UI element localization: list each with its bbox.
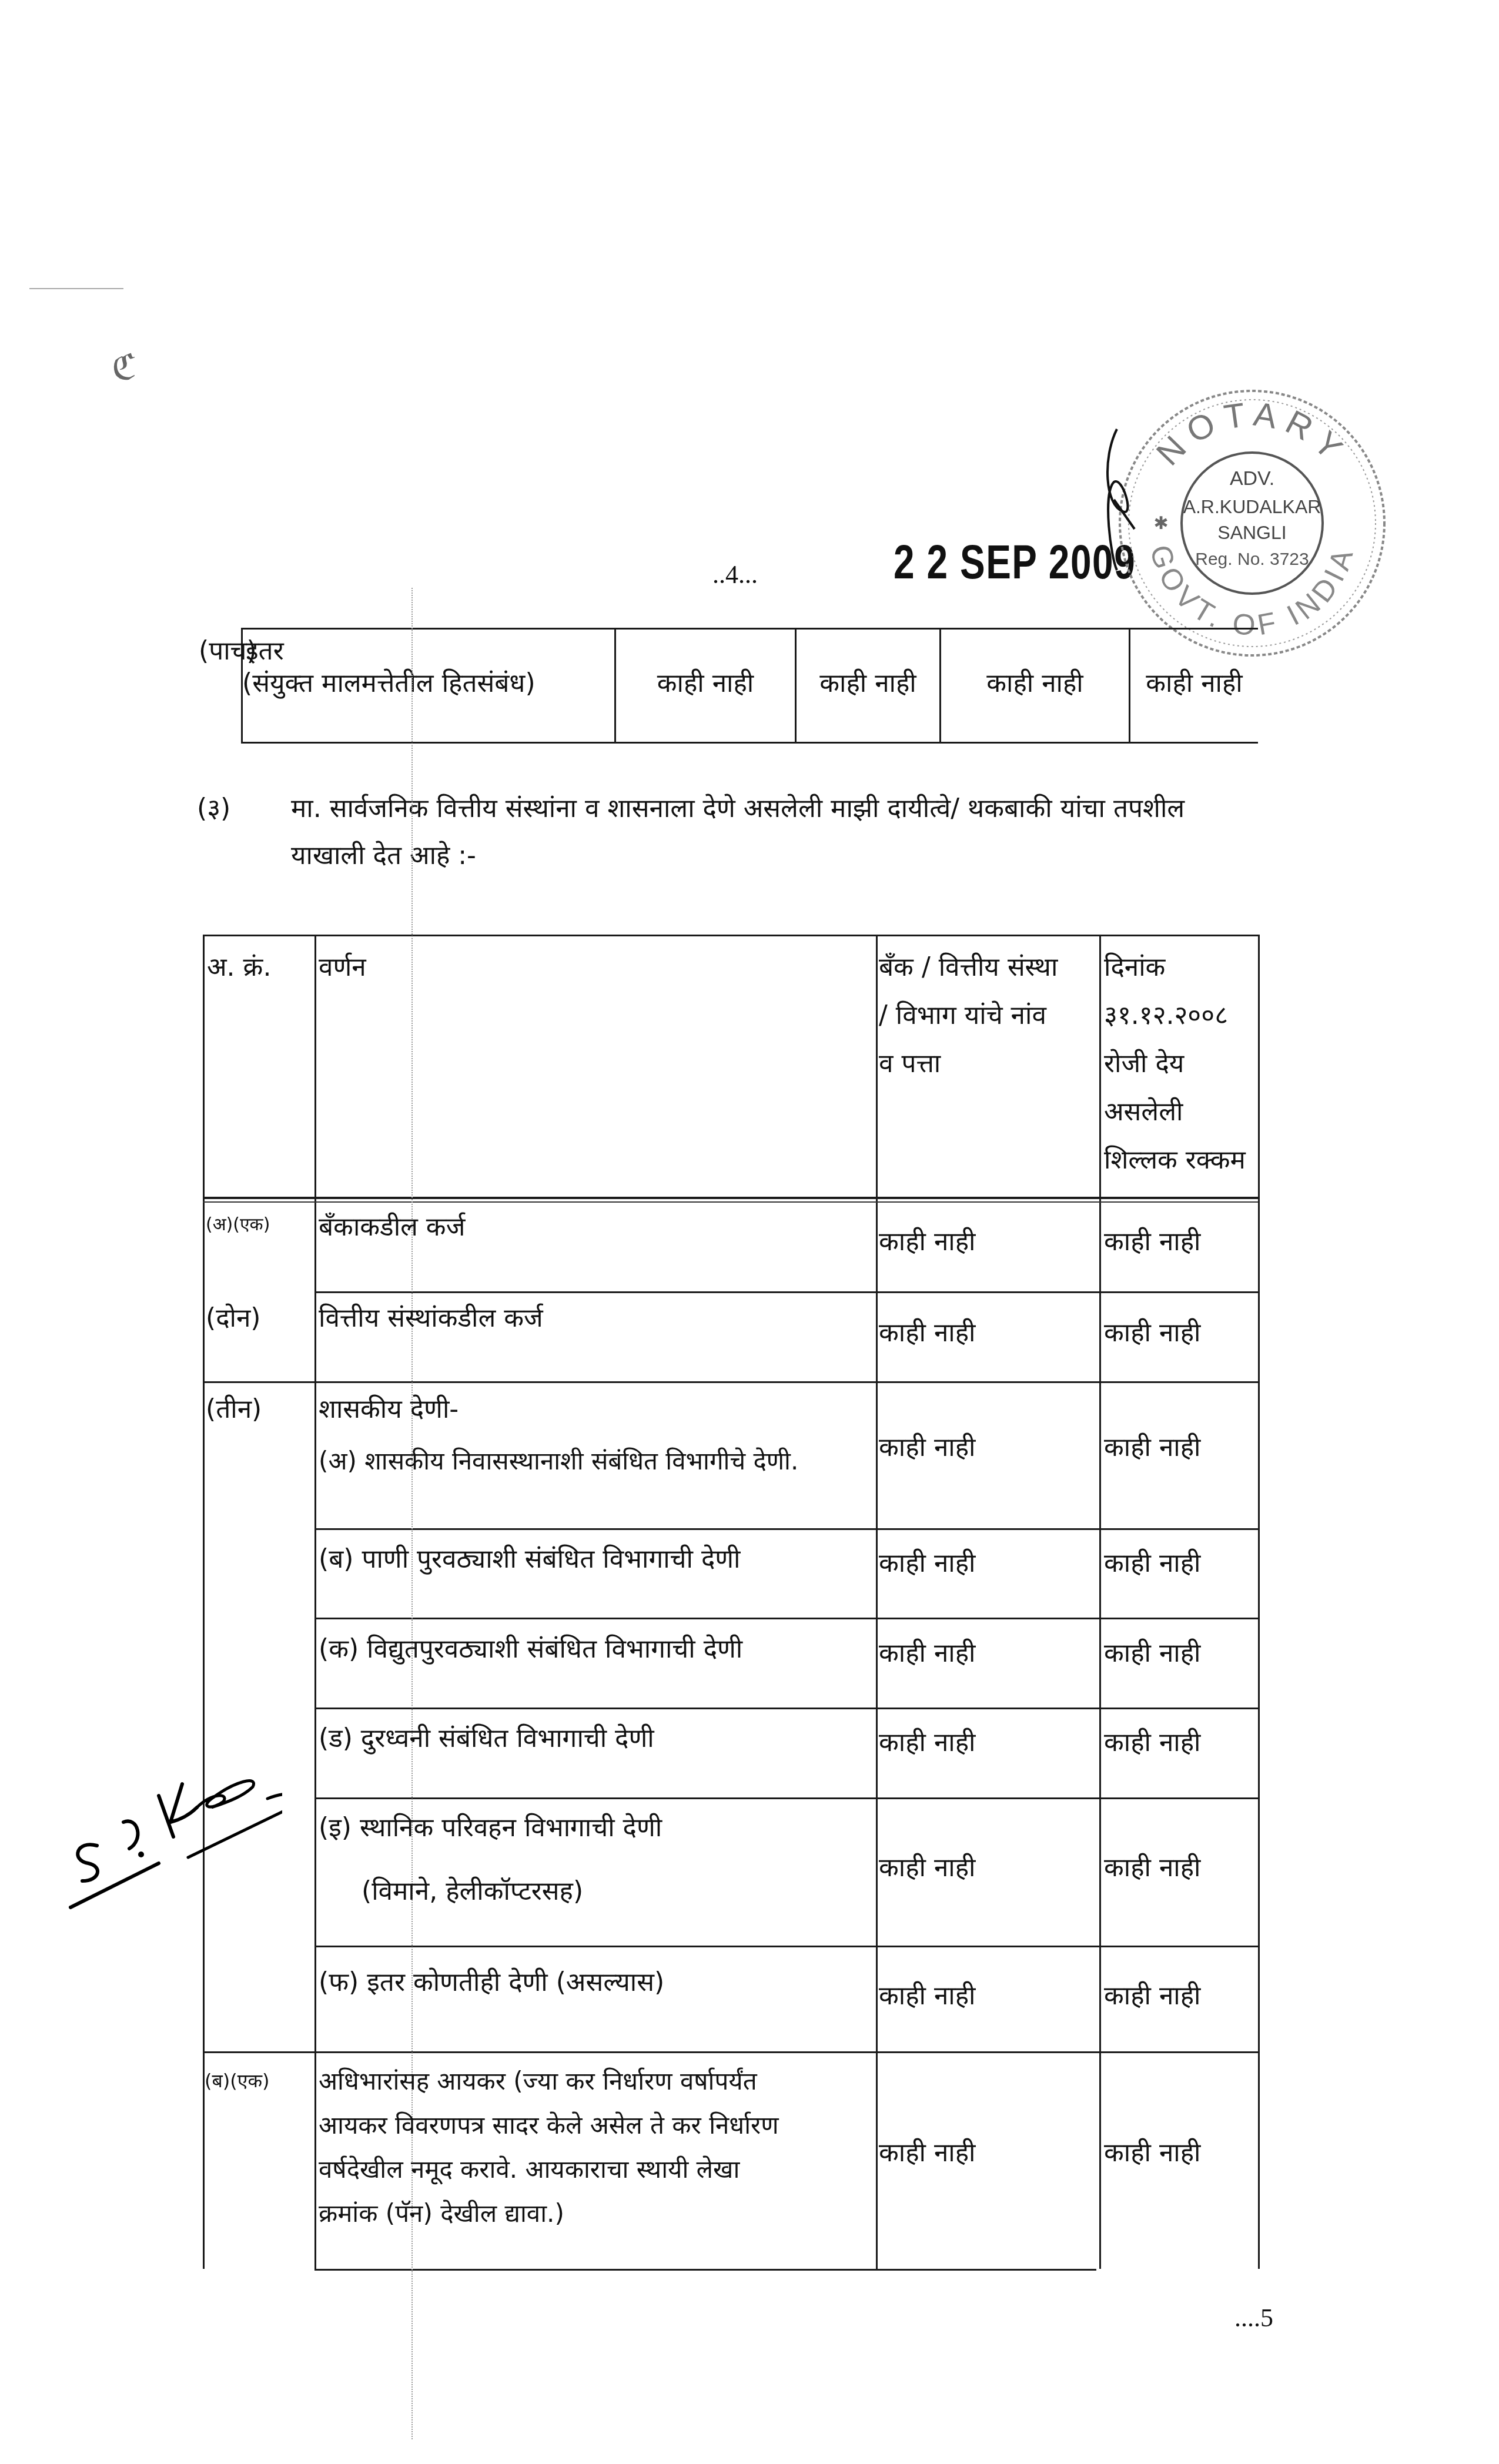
stamp-line3: SANGLI xyxy=(1217,522,1286,543)
row-institution: काही नाही xyxy=(879,1852,976,1884)
row-description: शासकीय देणी- xyxy=(319,1393,459,1425)
row-serial: (तीन) xyxy=(206,1393,262,1425)
header-institution-line2: / विभाग यांचे नांव xyxy=(879,999,1046,1032)
row-description: (क) विद्युतपुरवठ्याशी संबंधित विभागाची द… xyxy=(319,1633,742,1665)
scan-artifact-mark: ℭ xyxy=(112,347,136,388)
header-amount-line1: दिनांक xyxy=(1104,951,1165,983)
svg-text:NOTARY: NOTARY xyxy=(1149,395,1356,473)
header-serial: अ. क्रं. xyxy=(207,951,271,983)
header-description: वर्णन xyxy=(319,951,366,983)
section-intro-line2: याखाली देत आहे :- xyxy=(291,839,476,872)
row-institution: काही नाही xyxy=(879,1980,976,2012)
signature: S.P.Kee xyxy=(35,1752,282,1928)
header-institution-line3: व पत्ता xyxy=(879,1047,941,1080)
top-row-description-line1: इतर xyxy=(246,635,284,667)
section-number: (३) xyxy=(197,792,230,825)
notary-initials-icon xyxy=(1099,423,1140,576)
row-description-sub: (विमाने, हेलीकॉप्टरसह) xyxy=(362,1875,583,1907)
scan-artifact-line xyxy=(29,288,123,289)
row-institution: काही नाही xyxy=(879,1317,976,1349)
row-description: (फ) इतर कोणतीही देणी (असल्यास) xyxy=(319,1966,664,1998)
top-row-value: काही नाही xyxy=(616,667,795,699)
row-amount: काही नाही xyxy=(1104,1431,1201,1464)
header-amount-line3: रोजी देय xyxy=(1104,1047,1184,1080)
row-amount: काही नाही xyxy=(1104,1726,1201,1759)
row-description-sub: (अ) शासकीय निवासस्थानाशी संबंधित विभागीच… xyxy=(319,1446,798,1477)
row-description: क्रमांक (पॅन) देखील द्यावा.) xyxy=(319,2198,564,2229)
top-row-description-line2: (संयुक्त मालमत्तेतील हितसंबंध) xyxy=(242,667,536,699)
row-amount: काही नाही xyxy=(1104,2137,1201,2169)
row-amount: काही नाही xyxy=(1104,1980,1201,2012)
row-description: (इ) स्थानिक परिवहन विभागाची देणी xyxy=(319,1812,662,1844)
row-institution: काही नाही xyxy=(879,1726,976,1759)
top-row-value: काही नाही xyxy=(797,667,939,699)
header-institution-line1: बँक / वित्तीय संस्था xyxy=(879,951,1058,983)
row-amount: काही नाही xyxy=(1104,1637,1201,1669)
row-description: आयकर विवरणपत्र सादर केले असेल ते कर निर्… xyxy=(319,2110,779,2141)
top-row-value: काही नाही xyxy=(941,667,1129,699)
row-description: वर्षदेखील नमूद करावे. आयकाराचा स्थायी ले… xyxy=(319,2154,740,2185)
row-description: (ड) दुरध्वनी संबंधित विभागाची देणी xyxy=(319,1722,654,1755)
header-amount-line4: असलेली xyxy=(1104,1096,1183,1128)
row-description: (ब) पाणी पुरवठ्याशी संबंधित विभागाची देण… xyxy=(319,1543,741,1575)
row-amount: काही नाही xyxy=(1104,1852,1201,1884)
stamp-star-icon: ✱ xyxy=(1153,513,1168,534)
top-row-value: काही नाही xyxy=(1130,667,1258,699)
row-amount: काही नाही xyxy=(1104,1547,1201,1579)
row-description: वित्तीय संस्थांकडील कर्ज xyxy=(319,1302,543,1334)
stamp-line1: ADV. xyxy=(1230,467,1274,490)
row-amount: काही नाही xyxy=(1104,1317,1201,1349)
row-institution: काही नाही xyxy=(879,1547,976,1579)
row-institution: काही नाही xyxy=(879,2137,976,2169)
row-serial: (अ)(एक) xyxy=(206,1214,270,1236)
stamp-top-arc: NOTARY xyxy=(1149,395,1356,473)
row-institution: काही नाही xyxy=(879,1431,976,1464)
row-description: बँकाकडील कर्ज xyxy=(319,1211,465,1243)
row-amount: काही नाही xyxy=(1104,1226,1201,1258)
row-serial: (दोन) xyxy=(206,1302,261,1334)
next-page-marker: ....5 xyxy=(1234,2303,1273,2333)
stamp-line2: A.R.KUDALKAR xyxy=(1183,496,1321,517)
row-serial: (ब)(एक) xyxy=(205,2069,269,2093)
row-description: अधिभारांसह आयकर (ज्या कर निर्धारण वर्षाप… xyxy=(319,2066,757,2097)
previous-page-marker: ..4... xyxy=(712,560,758,590)
notary-stamp: NOTARY GOVT. OF INDIA ADV. A.R.KUDALKAR … xyxy=(1114,385,1390,661)
header-amount-line5: शिल्लक रक्कम xyxy=(1104,1144,1246,1176)
row-institution: काही नाही xyxy=(879,1226,976,1258)
row-institution: काही नाही xyxy=(879,1637,976,1669)
stamp-line4: Reg. No. 3723 xyxy=(1195,550,1309,569)
section-intro-line1: मा. सार्वजनिक वित्तीय संस्थांना व शासनाल… xyxy=(291,792,1185,825)
header-amount-line2: ३१.१२.२००८ xyxy=(1104,999,1228,1032)
